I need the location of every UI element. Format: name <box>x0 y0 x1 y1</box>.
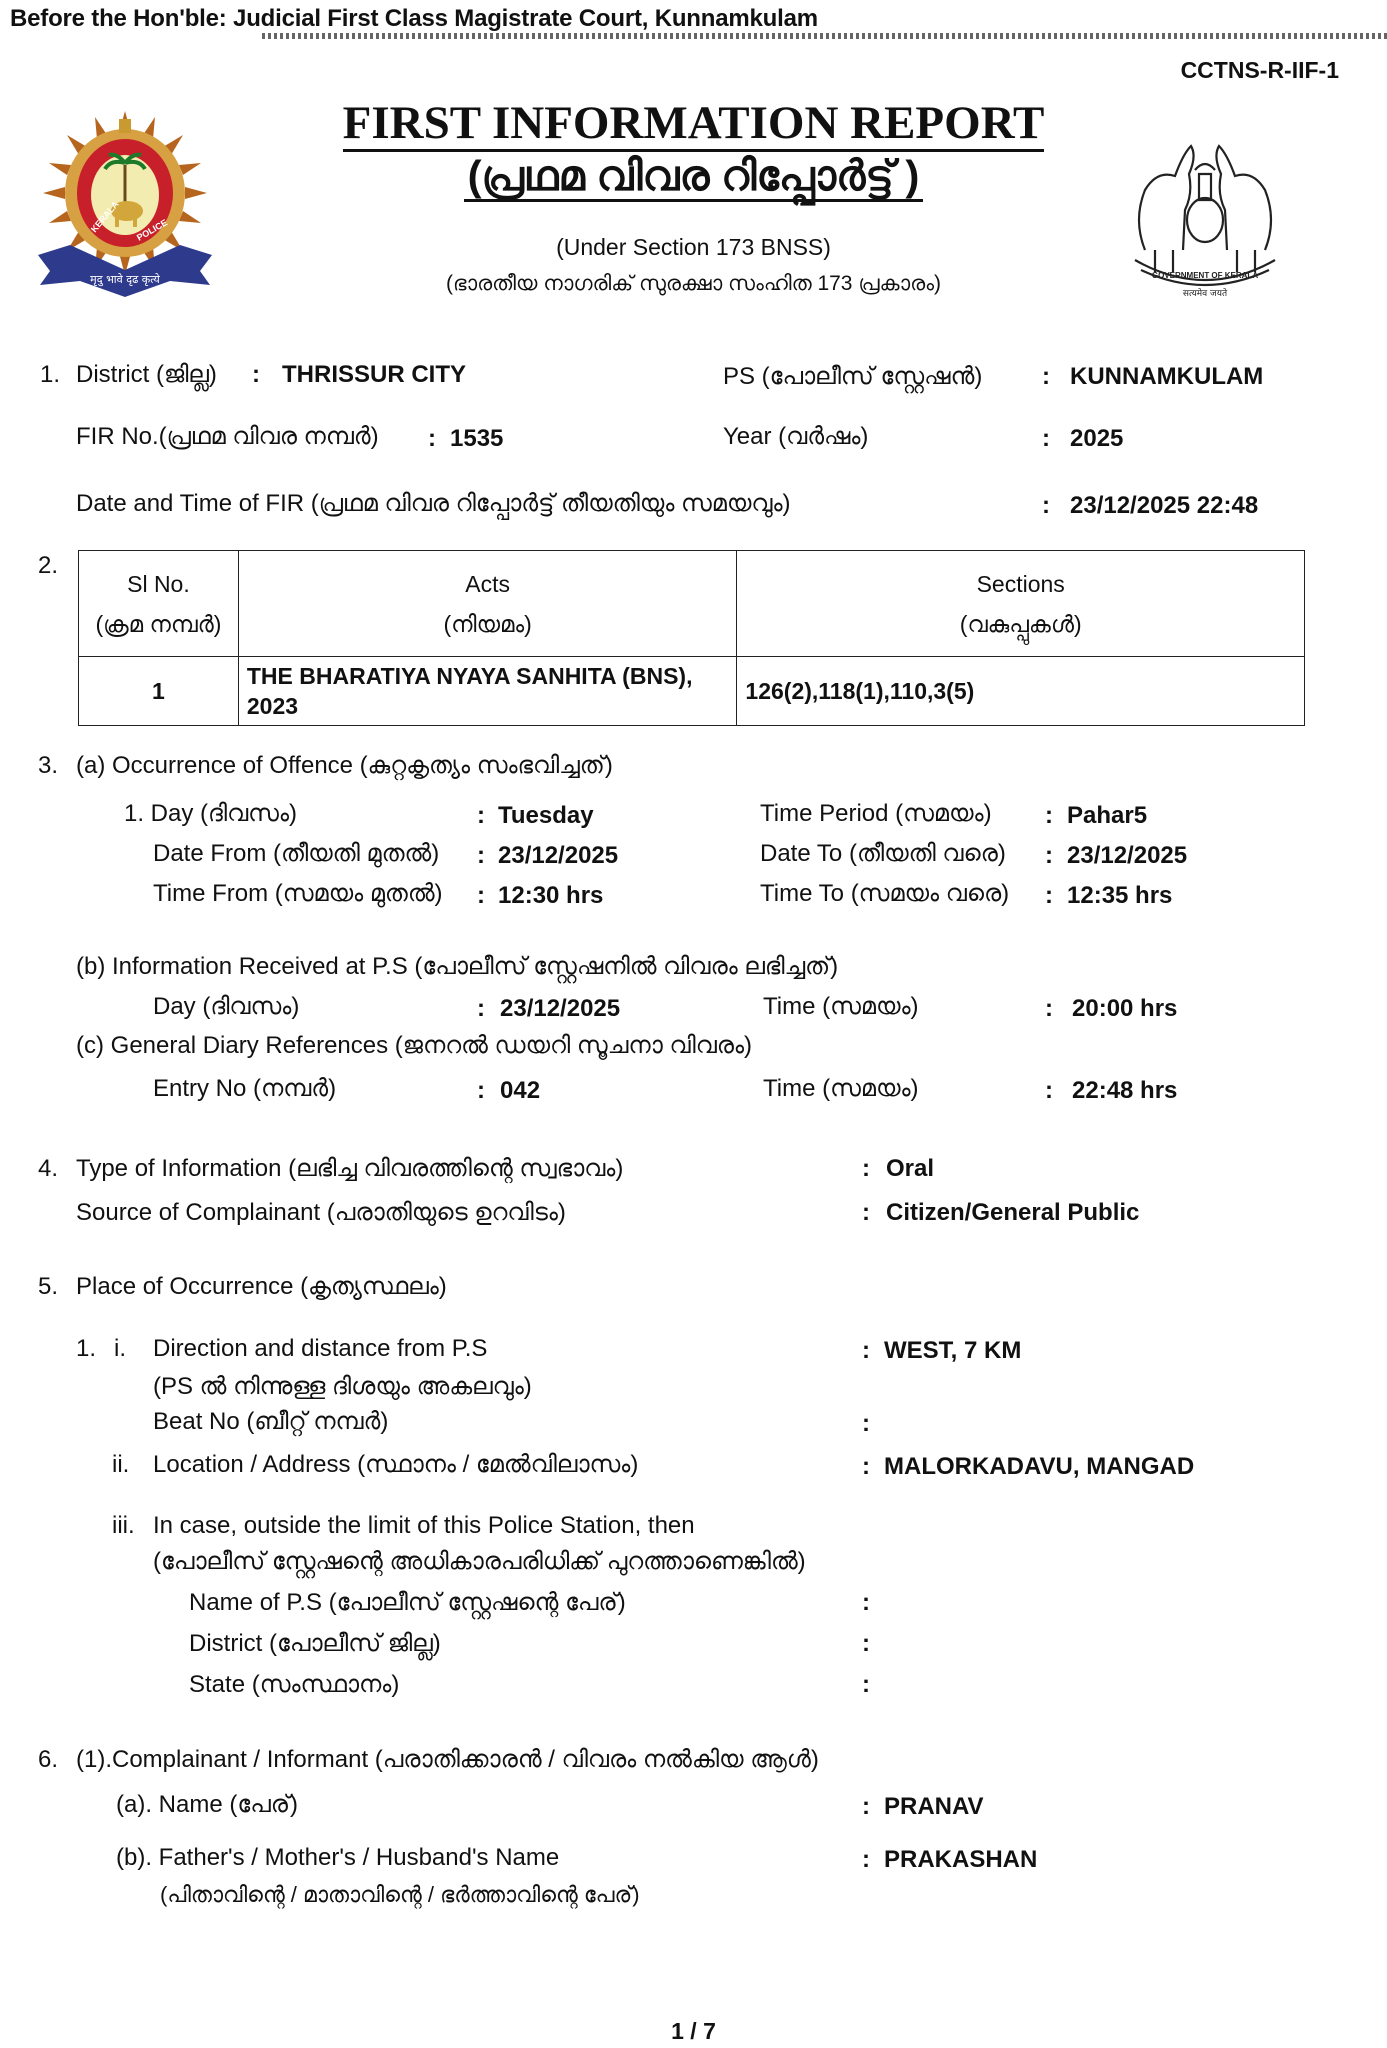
date-to-value: 23/12/2025 <box>1067 842 1187 870</box>
date-from-label: Date From (തീയതി മുതൽ) <box>153 840 439 868</box>
colon: : <box>252 361 260 389</box>
occurrence-heading: (a) Occurrence of Offence (കുറ്റകൃത്യം സ… <box>76 752 613 780</box>
year-label: Year (വർഷം) <box>723 423 868 451</box>
complainant-source-label: Source of Complainant (പരാതിയുടെ ഉറവിടം) <box>76 1199 566 1227</box>
colon: : <box>1045 995 1053 1023</box>
colon: : <box>862 1337 870 1365</box>
colon: : <box>1042 492 1050 520</box>
fir-number-label: FIR No.(പ്രഥമ വിവര നമ്പർ) <box>76 423 379 451</box>
roman-numeral: iii. <box>112 1512 135 1540</box>
direction-distance-label-ml: (PS ൽ നിന്നുള്ള ദിശയും അകലവും) <box>153 1373 532 1401</box>
date-to-label: Date To (തീയതി വരെ) <box>760 840 1006 868</box>
colon: : <box>428 425 436 453</box>
column-header-sl-no: Sl No.(ക്രമ നമ്പർ) <box>79 551 239 657</box>
complainant-name-value: PRANAV <box>884 1793 984 1821</box>
location-address-value: MALORKADAVU, MANGAD <box>884 1453 1194 1481</box>
report-title-malayalam: (പ്രഥമ വിവര റിപ്പോർട്ട് ) <box>0 152 1387 201</box>
colon: : <box>477 1077 485 1105</box>
cell-sections: 126(2),118(1),110,3(5) <box>737 657 1305 726</box>
colon: : <box>862 1410 870 1438</box>
info-type-label: Type of Information (ലഭിച്ച വിവരത്തിന്റെ… <box>76 1155 623 1183</box>
section-number: 1. <box>40 361 60 389</box>
colon: : <box>477 842 485 870</box>
time-to-label: Time To (സമയം വരെ) <box>760 880 1009 908</box>
time-period-value: Pahar5 <box>1067 802 1147 830</box>
section-number: 5. <box>38 1273 58 1301</box>
parent-name-label-ml: (പിതാവിന്റെ / മാതാവിന്റെ / ഭർത്താവിന്റെ … <box>160 1882 640 1908</box>
general-diary-heading: (c) General Diary References (ജനറൽ ഡയറി … <box>76 1032 752 1060</box>
colon: : <box>1045 842 1053 870</box>
colon: : <box>862 1671 870 1699</box>
received-time-value: 20:00 hrs <box>1072 995 1177 1023</box>
time-from-value: 12:30 hrs <box>498 882 603 910</box>
year-value: 2025 <box>1070 425 1123 453</box>
roman-numeral: ii. <box>112 1451 129 1479</box>
section-number: 2. <box>38 552 58 580</box>
page-number: 1 / 7 <box>0 2018 1387 2045</box>
district-value: THRISSUR CITY <box>282 361 466 389</box>
entry-number-value: 042 <box>500 1077 540 1105</box>
report-title: FIRST INFORMATION REPORT <box>0 96 1387 150</box>
complainant-name-label: (a). Name (പേര്) <box>116 1791 298 1819</box>
court-heading: Before the Hon'ble: Judicial First Class… <box>10 5 818 33</box>
time-from-label: Time From (സമയം മുതൽ) <box>153 880 443 908</box>
time-period-label: Time Period (സമയം) <box>760 800 992 828</box>
info-received-heading: (b) Information Received at P.S (പോലീസ് … <box>76 953 838 981</box>
colon: : <box>862 1453 870 1481</box>
fir-number-value: 1535 <box>450 425 503 453</box>
info-type-value: Oral <box>886 1155 934 1183</box>
outside-limit-label-ml: (പോലീസ് സ്റ്റേഷന്റെ അധികാരപരിധിക്ക് പുറത… <box>153 1548 806 1576</box>
colon: : <box>862 1630 870 1658</box>
other-district-label: District (പോലീസ് ജില്ല) <box>189 1630 441 1658</box>
received-time-label: Time (സമയം) <box>763 993 919 1021</box>
colon: : <box>862 1199 870 1227</box>
colon: : <box>862 1846 870 1874</box>
police-station-value: KUNNAMKULAM <box>1070 363 1263 391</box>
day-value: Tuesday <box>498 802 594 830</box>
date-from-value: 23/12/2025 <box>498 842 618 870</box>
place-of-occurrence-heading: Place of Occurrence (കൃത്യസ്ഥലം) <box>76 1273 447 1301</box>
section-number: 6. <box>38 1746 58 1774</box>
table-header-row: Sl No.(ക്രമ നമ്പർ) Acts(നിയമം) Sections(… <box>79 551 1305 657</box>
cell-act: THE BHARATIYA NYAYA SANHITA (BNS), 2023 <box>238 657 737 726</box>
form-code: CCTNS-R-IIF-1 <box>1181 57 1339 84</box>
entry-number-label: Entry No (നമ്പർ) <box>153 1075 336 1103</box>
colon: : <box>477 882 485 910</box>
colon: : <box>862 1155 870 1183</box>
acts-sections-table: Sl No.(ക്രമ നമ്പർ) Acts(നിയമം) Sections(… <box>78 550 1305 726</box>
colon: : <box>1042 363 1050 391</box>
district-label: District (ജില്ല) <box>76 361 217 389</box>
fir-datetime-label: Date and Time of FIR (പ്രഥമ വിവര റിപ്പോർ… <box>76 490 791 518</box>
roman-numeral: i. <box>114 1335 126 1363</box>
colon: : <box>1045 1077 1053 1105</box>
complainant-heading: (1).Complainant / Informant (പരാതിക്കാരൻ… <box>76 1746 819 1774</box>
parent-name-value: PRAKASHAN <box>884 1846 1037 1874</box>
parent-name-label: (b). Father's / Mother's / Husband's Nam… <box>116 1844 559 1872</box>
colon: : <box>1042 425 1050 453</box>
beat-number-label: Beat No (ബീറ്റ് നമ്പർ) <box>153 1408 388 1436</box>
diary-time-value: 22:48 hrs <box>1072 1077 1177 1105</box>
section-number: 3. <box>38 752 58 780</box>
other-state-label: State (സംസ്ഥാനം) <box>189 1671 399 1699</box>
police-station-label: PS (പോലീസ് സ്റ്റേഷൻ) <box>723 363 982 391</box>
direction-distance-label: Direction and distance from P.S <box>153 1335 487 1363</box>
day-label: 1. Day (ദിവസം) <box>124 800 297 828</box>
received-day-value: 23/12/2025 <box>500 995 620 1023</box>
report-subtitle: (Under Section 173 BNSS) <box>0 234 1387 261</box>
diary-time-label: Time (സമയം) <box>763 1075 919 1103</box>
colon: : <box>477 802 485 830</box>
column-header-acts: Acts(നിയമം) <box>238 551 737 657</box>
direction-distance-value: WEST, 7 KM <box>884 1337 1021 1365</box>
fir-datetime-value: 23/12/2025 22:48 <box>1070 492 1258 520</box>
outside-limit-label: In case, outside the limit of this Polic… <box>153 1512 695 1540</box>
other-ps-name-label: Name of P.S (പോലീസ് സ്റ്റേഷന്റെ പേര്) <box>189 1589 626 1617</box>
colon: : <box>862 1589 870 1617</box>
colon: : <box>862 1793 870 1821</box>
subsection-number: 1. <box>76 1335 96 1363</box>
dotted-divider <box>262 33 1387 39</box>
table-row: 1 THE BHARATIYA NYAYA SANHITA (BNS), 202… <box>79 657 1305 726</box>
colon: : <box>1045 882 1053 910</box>
colon: : <box>477 995 485 1023</box>
cell-sl-no: 1 <box>79 657 239 726</box>
received-day-label: Day (ദിവസം) <box>153 993 299 1021</box>
colon: : <box>1045 802 1053 830</box>
section-number: 4. <box>38 1155 58 1183</box>
complainant-source-value: Citizen/General Public <box>886 1199 1139 1227</box>
time-to-value: 12:35 hrs <box>1067 882 1172 910</box>
column-header-sections: Sections(വകുപ്പുകൾ) <box>737 551 1305 657</box>
report-subtitle-malayalam: (ഭാരതീയ നാഗരിക് സുരക്ഷാ സംഹിത 173 പ്രകാര… <box>0 272 1387 296</box>
location-address-label: Location / Address (സ്ഥാനം / മേൽവിലാസം) <box>153 1451 638 1479</box>
